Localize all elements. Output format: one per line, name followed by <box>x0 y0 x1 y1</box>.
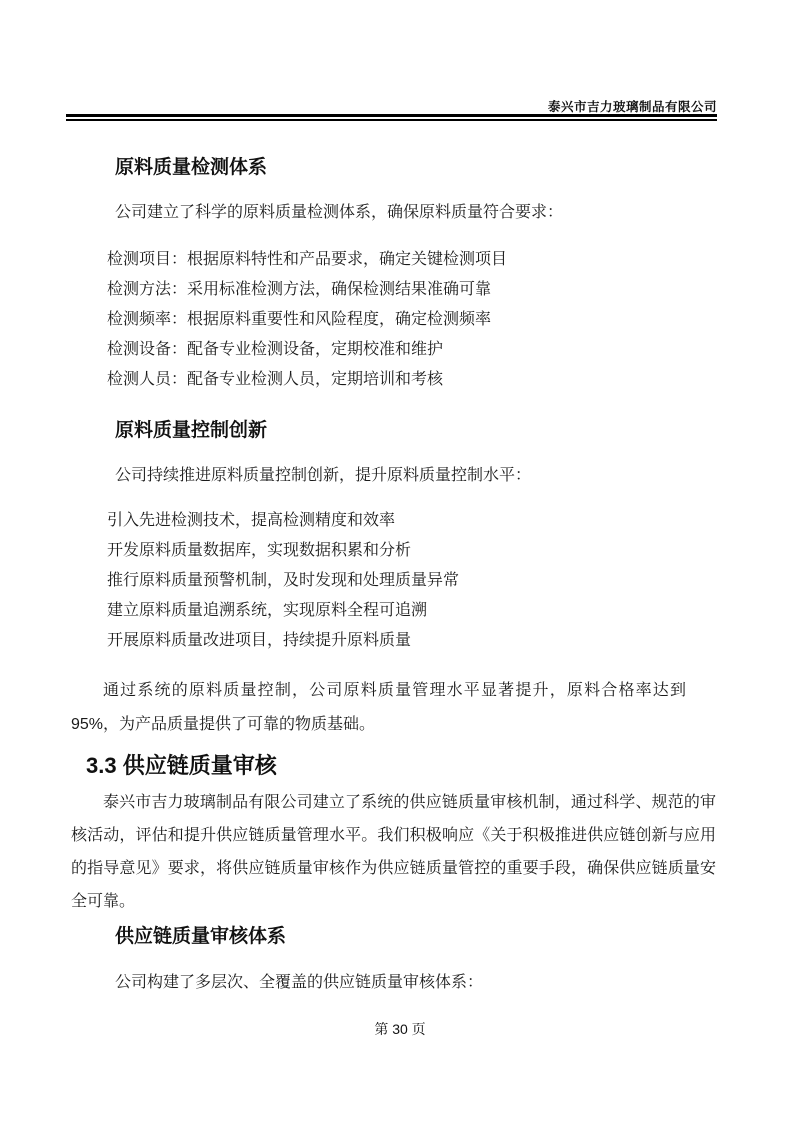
header-rule-thick <box>66 114 717 117</box>
heading-audit-system: 供应链质量审核体系 <box>115 925 286 949</box>
list-item: 推行原料质量预警机制，及时发现和处理质量异常 <box>107 566 459 596</box>
heading-material-inspection-system: 原料质量检测体系 <box>115 156 267 180</box>
list-item: 开发原料质量数据库，实现数据积累和分析 <box>107 536 459 566</box>
page-number: 第 30 页 <box>0 1020 800 1038</box>
paragraph-quality-summary: 通过系统的原料质量控制，公司原料质量管理水平显著提升，原料合格率达到 95%，为… <box>71 674 686 742</box>
paragraph-inspection-intro: 公司建立了科学的原料质量检测体系，确保原料质量符合要求： <box>115 202 563 224</box>
list-item: 检测项目：根据原料特性和产品要求，确定关键检测项目 <box>107 245 507 275</box>
list-inspection-items: 检测项目：根据原料特性和产品要求，确定关键检测项目 检测方法：采用标准检测方法，… <box>107 245 507 395</box>
paragraph-innovation-intro: 公司持续推进原料质量控制创新，提升原料质量控制水平： <box>115 465 531 487</box>
list-item: 检测人员：配备专业检测人员，定期培训和考核 <box>107 365 507 395</box>
document-page: 泰兴市吉力玻璃制品有限公司 原料质量检测体系 公司建立了科学的原料质量检测体系，… <box>0 0 800 1131</box>
list-item: 检测频率：根据原料重要性和风险程度，确定检测频率 <box>107 305 507 335</box>
list-item: 检测方法：采用标准检测方法，确保检测结果准确可靠 <box>107 275 507 305</box>
heading-quality-control-innovation: 原料质量控制创新 <box>115 419 267 443</box>
paragraph-audit-system-intro: 公司构建了多层次、全覆盖的供应链质量审核体系： <box>115 972 483 994</box>
heading-section-3-3-supply-chain-audit: 3.3 供应链质量审核 <box>86 752 277 780</box>
header-rule-thin <box>66 119 717 121</box>
list-item: 检测设备：配备专业检测设备，定期校准和维护 <box>107 335 507 365</box>
list-item: 引入先进检测技术，提高检测精度和效率 <box>107 506 459 536</box>
list-item: 开展原料质量改进项目，持续提升原料质量 <box>107 626 459 656</box>
paragraph-supply-chain-audit: 泰兴市吉力玻璃制品有限公司建立了系统的供应链质量审核机制，通过科学、规范的审核活… <box>71 786 716 918</box>
list-innovation-items: 引入先进检测技术，提高检测精度和效率 开发原料质量数据库，实现数据积累和分析 推… <box>107 506 459 656</box>
header-company-name: 泰兴市吉力玻璃制品有限公司 <box>66 99 717 115</box>
list-item: 建立原料质量追溯系统，实现原料全程可追溯 <box>107 596 459 626</box>
